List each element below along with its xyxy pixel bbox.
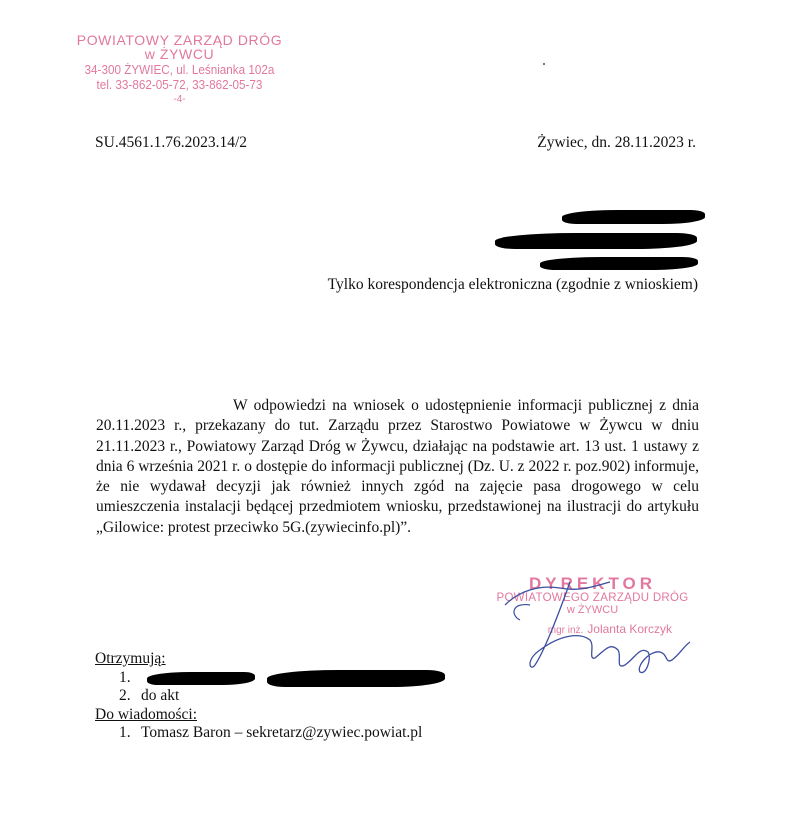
scan-speck: [543, 63, 545, 65]
distribution-list: Otrzymują: 1. 2.do akt Do wiadomości: 1.…: [95, 650, 422, 743]
letterhead-stamp: POWIATOWY ZARZĄD DRÓG w ŻYWCU 34-300 ŻYW…: [72, 33, 287, 107]
recipients-header: Otrzymują:: [95, 650, 422, 669]
redaction-bar: [267, 670, 445, 687]
correspondence-note: Tylko korespondencja elektroniczna (zgod…: [328, 276, 698, 294]
redaction-bar: [147, 672, 255, 685]
redaction-bar: [562, 210, 705, 224]
stamp-line-city: w ŻYWCU: [72, 47, 287, 62]
stamp-line-address: 34-300 ŻYWIEC, ul. Leśnianka 102a: [83, 62, 277, 77]
cc-item: 1.Tomasz Baron – sekretarz@zywiec.powiat…: [95, 724, 422, 743]
place-date: Żywiec, dn. 28.11.2023 r.: [537, 134, 696, 152]
stamp-line-phone: tel. 33-862-05-72, 33-862-05-73: [83, 77, 277, 92]
stamp-line-number: -4-: [72, 92, 287, 107]
recipient-item: 1.: [95, 669, 422, 688]
letter-body: W odpowiedzi na wniosek o udostępnienie …: [96, 396, 699, 538]
redaction-bar: [540, 257, 698, 270]
cc-header: Do wiadomości:: [95, 706, 422, 725]
redaction-bar: [495, 233, 697, 249]
handwritten-signature: [500, 580, 700, 680]
recipient-item: 2.do akt: [95, 687, 422, 706]
body-paragraph: W odpowiedzi na wniosek o udostępnienie …: [96, 396, 699, 538]
reference-number: SU.4561.1.76.2023.14/2: [95, 134, 247, 152]
